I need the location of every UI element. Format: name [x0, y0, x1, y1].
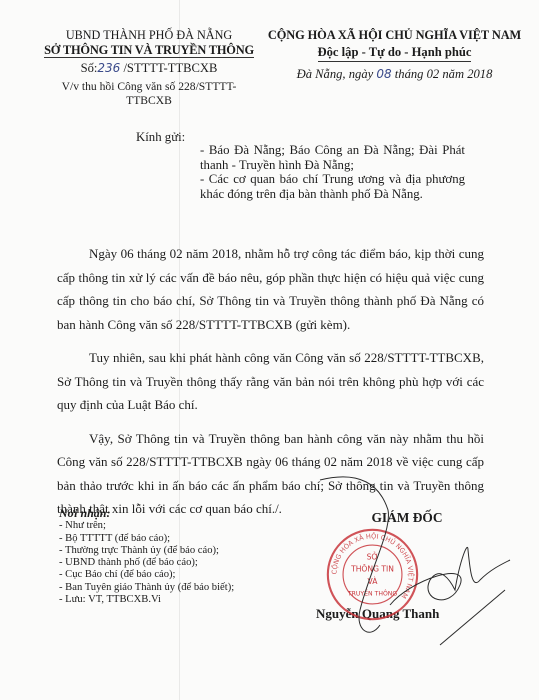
addressees-block: Nơi nhận: - Như trên; - Bộ TTTTT (để báo… [59, 507, 279, 606]
signer-position: GIÁM ĐỐC [336, 510, 478, 526]
addressees-title: Nơi nhận: [59, 507, 279, 519]
national-motto: Độc lập - Tự do - Hạnh phúc [318, 45, 472, 62]
addressee-item: - Bộ TTTTT (để báo cáo); [59, 533, 279, 545]
svg-text:THÔNG TIN: THÔNG TIN [350, 565, 394, 574]
document-number: Số:236 /STTTT-TTBCXB [44, 61, 254, 76]
issue-date: Đà Nẵng, ngày 08 tháng 02 năm 2018 [262, 67, 527, 82]
body-paragraph: Tuy nhiên, sau khi phát hành công văn Cô… [57, 346, 484, 417]
addressee-item: - Như trên; [59, 520, 279, 532]
issuing-agency-header: UBND THÀNH PHỐ ĐÀ NẴNG SỞ THÔNG TIN VÀ T… [44, 28, 254, 108]
document-subject: V/v thu hồi Công văn số 228/STTTT- TTBCX… [44, 80, 254, 108]
body-paragraph: Ngày 06 tháng 02 năm 2018, nhằm hỗ trợ c… [57, 242, 484, 336]
nation-title: CỘNG HÒA XÃ HỘI CHỦ NGHĨA VIỆT NAM [262, 28, 527, 43]
issuing-organization: SỞ THÔNG TIN VÀ TRUYỀN THÔNG [44, 43, 254, 58]
signature-block: GIÁM ĐỐC Nguyễn Quang Thanh [318, 510, 478, 526]
recipients-list: - Báo Đà Nẵng; Báo Công an Đà Nẵng; Đài … [200, 143, 465, 201]
addressee-item: - Ban Tuyên giáo Thành ủy (để báo biết); [59, 582, 279, 594]
svg-text:TRUYỀN THÔNG: TRUYỀN THÔNG [347, 587, 398, 597]
addressee-item: - UBND thành phố (để báo cáo); [59, 557, 279, 569]
svg-text:VÀ: VÀ [368, 577, 379, 586]
svg-text:SỞ: SỞ [367, 551, 379, 561]
national-header: CỘNG HÒA XÃ HỘI CHỦ NGHĨA VIỆT NAM Độc l… [262, 28, 527, 82]
addressee-item: - Cục Báo chí (để báo cáo); [59, 569, 279, 581]
handwritten-number: 236 [97, 61, 120, 75]
recipient-item: - Các cơ quan báo chí Trung ương và địa … [200, 172, 465, 201]
addressee-item: - Lưu: VT, TTBCXB.Vi [59, 594, 279, 606]
addressee-item: - Thường trực Thành ủy (để báo cáo); [59, 545, 279, 557]
parent-organization: UBND THÀNH PHỐ ĐÀ NẴNG [44, 28, 254, 43]
official-seal-icon: CỘNG HÒA XÃ HỘI CHỦ NGHĨA VIỆT NAM SỞ TH… [325, 527, 420, 622]
handwritten-day: 08 [376, 67, 391, 81]
recipient-item: - Báo Đà Nẵng; Báo Công an Đà Nẵng; Đài … [200, 143, 465, 172]
recipients-label: Kính gửi: [136, 130, 185, 145]
letter-body: Ngày 06 tháng 02 năm 2018, nhằm hỗ trợ c… [57, 242, 484, 531]
